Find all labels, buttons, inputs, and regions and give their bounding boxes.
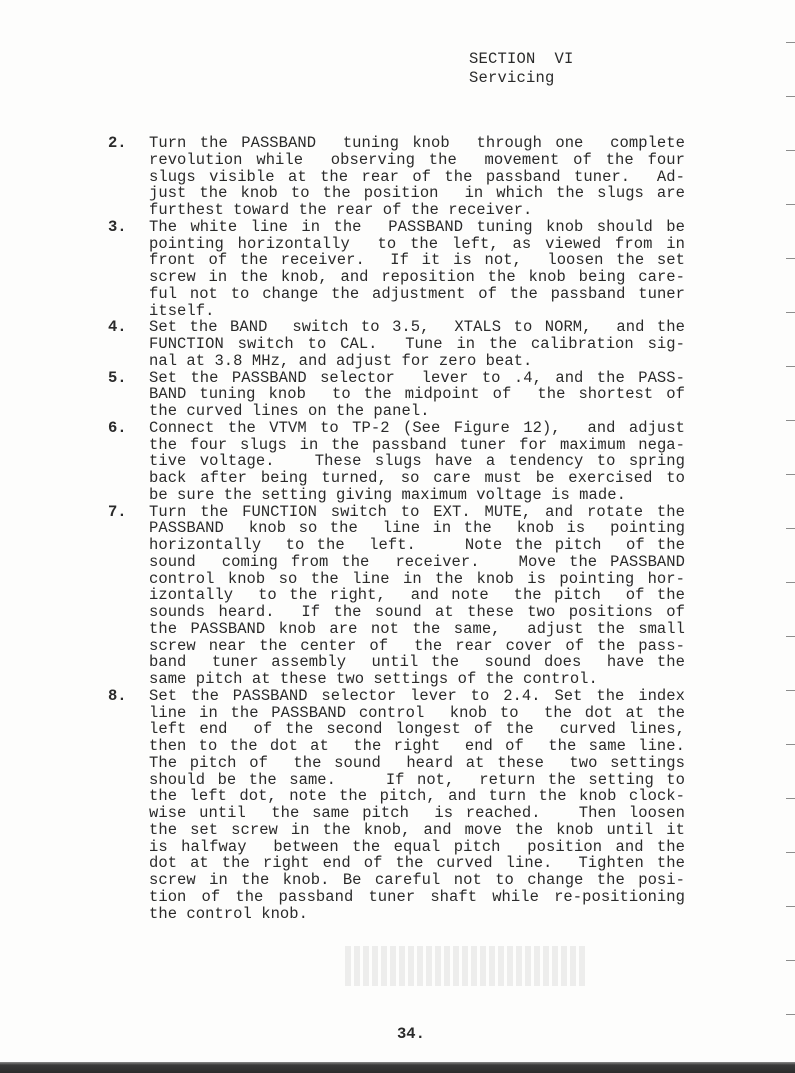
- text-line: be sure the setting giving maximum volta…: [149, 487, 685, 504]
- step-item: 4.Set the BAND switch to 3.5, XTALS to N…: [108, 319, 688, 369]
- section-label: SECTION VI: [469, 50, 574, 69]
- step-item: 2.Turn the PASSBAND tuning knob through …: [108, 135, 688, 219]
- text-line: Connect the VTVM to TP-2 (See Figure 12)…: [149, 420, 685, 437]
- text-line: Turn the PASSBAND tuning knob through on…: [149, 135, 685, 152]
- step-number: 5.: [108, 370, 138, 387]
- step-item: 5.Set the PASSBAND selector lever to .4,…: [108, 370, 688, 420]
- margin-tick: [786, 150, 795, 151]
- text-line: Set the BAND switch to 3.5, XTALS to NOR…: [149, 319, 685, 336]
- step-item: 8.Set the PASSBAND selector lever to 2.4…: [108, 688, 688, 923]
- text-line: The white line in the PASSBAND tuning kn…: [149, 219, 685, 236]
- text-line: screw near the center of the rear cover …: [149, 638, 685, 655]
- text-line: the PASSBAND knob are not the same, adju…: [149, 621, 685, 638]
- text-line: the control knob.: [149, 906, 685, 923]
- margin-tick: [786, 744, 795, 745]
- step-item: 3.The white line in the PASSBAND tuning …: [108, 219, 688, 320]
- margin-tick: [786, 798, 795, 799]
- margin-tick: [786, 366, 795, 367]
- text-line: the four slugs in the passband tuner for…: [149, 437, 685, 454]
- text-line: revolution while observing the movement …: [149, 152, 685, 169]
- text-line: The pitch of the sound heard at these tw…: [149, 755, 685, 772]
- text-line: wise until the same pitch is reached. Th…: [149, 805, 685, 822]
- step-text: Connect the VTVM to TP-2 (See Figure 12)…: [149, 420, 688, 504]
- step-item: 6.Connect the VTVM to TP-2 (See Figure 1…: [108, 420, 688, 504]
- document-page: SECTION VI Servicing 2.Turn the PASSBAND…: [0, 0, 795, 1073]
- text-line: sounds heard. If the sound at these two …: [149, 604, 685, 621]
- text-line: the curved lines on the panel.: [149, 403, 685, 420]
- text-line: then to the dot at the right end of the …: [149, 738, 685, 755]
- scan-bottom-edge: [0, 1062, 795, 1073]
- text-line: left end of the second longest of the cu…: [149, 721, 685, 738]
- step-number: 3.: [108, 219, 138, 236]
- text-line: izontally to the right, and note the pit…: [149, 587, 685, 604]
- text-line: is halfway between the equal pitch posit…: [149, 839, 685, 856]
- text-line: the left dot, note the pitch, and turn t…: [149, 788, 685, 805]
- margin-tick: [786, 636, 795, 637]
- text-line: horizontally to the left. Note the pitch…: [149, 537, 685, 554]
- margin-tick: [786, 960, 795, 961]
- section-title: Servicing: [469, 69, 574, 88]
- bleed-through-text: [345, 946, 585, 986]
- step-text: Set the PASSBAND selector lever to 2.4. …: [149, 688, 688, 923]
- margin-tick: [786, 258, 795, 259]
- margin-tick: [786, 690, 795, 691]
- margin-tick: [786, 528, 795, 529]
- margin-tick: [786, 906, 795, 907]
- step-text: Set the BAND switch to 3.5, XTALS to NOR…: [149, 319, 688, 369]
- text-line: band tuner assembly until the sound does…: [149, 654, 685, 671]
- servicing-steps-list: 2.Turn the PASSBAND tuning knob through …: [108, 135, 688, 922]
- text-line: furthest toward the rear of the receiver…: [149, 202, 685, 219]
- step-text: Turn the PASSBAND tuning knob through on…: [149, 135, 688, 219]
- step-number: 6.: [108, 420, 138, 437]
- text-line: control knob so the line in the knob is …: [149, 571, 685, 588]
- text-line: tive voltage. These slugs have a tendenc…: [149, 453, 685, 470]
- text-line: itself.: [149, 303, 685, 320]
- text-line: ful not to change the adjustment of the …: [149, 286, 685, 303]
- margin-tick: [786, 420, 795, 421]
- page-number: 34.: [397, 1025, 425, 1043]
- text-line: just the knob to the position in which t…: [149, 185, 685, 202]
- text-line: back after being turned, so care must be…: [149, 470, 685, 487]
- step-number: 4.: [108, 319, 138, 336]
- margin-tick: [786, 96, 795, 97]
- margin-tick: [786, 204, 795, 205]
- text-line: front of the receiver. If it is not, loo…: [149, 252, 685, 269]
- step-number: 8.: [108, 688, 138, 705]
- section-header: SECTION VI Servicing: [469, 50, 574, 88]
- text-line: Turn the FUNCTION switch to EXT. MUTE, a…: [149, 504, 685, 521]
- text-line: should be the same. If not, return the s…: [149, 772, 685, 789]
- text-line: tion of the passband tuner shaft while r…: [149, 889, 685, 906]
- text-line: Set the PASSBAND selector lever to 2.4. …: [149, 688, 685, 705]
- text-line: screw in the knob. Be careful not to cha…: [149, 872, 685, 889]
- text-line: sound coming from the receiver. Move the…: [149, 554, 685, 571]
- text-line: screw in the knob, and reposition the kn…: [149, 269, 685, 286]
- step-item: 7.Turn the FUNCTION switch to EXT. MUTE,…: [108, 504, 688, 688]
- step-text: The white line in the PASSBAND tuning kn…: [149, 219, 688, 320]
- step-text: Set the PASSBAND selector lever to .4, a…: [149, 370, 688, 420]
- text-line: BAND tuning knob to the midpoint of the …: [149, 386, 685, 403]
- text-line: FUNCTION switch to CAL. Tune in the cali…: [149, 336, 685, 353]
- margin-tick: [786, 582, 795, 583]
- step-text: Turn the FUNCTION switch to EXT. MUTE, a…: [149, 504, 688, 688]
- text-line: slugs visible at the rear of the passban…: [149, 169, 685, 186]
- step-number: 7.: [108, 504, 138, 521]
- text-line: PASSBAND knob so the line in the knob is…: [149, 520, 685, 537]
- margin-tick: [786, 474, 795, 475]
- margin-tick: [786, 852, 795, 853]
- text-line: nal at 3.8 MHz, and adjust for zero beat…: [149, 353, 685, 370]
- step-number: 2.: [108, 135, 138, 152]
- margin-tick: [786, 42, 795, 43]
- text-line: dot at the right end of the curved line.…: [149, 855, 685, 872]
- text-line: the set screw in the knob, and move the …: [149, 822, 685, 839]
- text-line: pointing horizontally to the left, as vi…: [149, 236, 685, 253]
- text-line: line in the PASSBAND control knob to the…: [149, 705, 685, 722]
- margin-tick: [786, 1014, 795, 1015]
- text-line: Set the PASSBAND selector lever to .4, a…: [149, 370, 685, 387]
- margin-tick: [786, 312, 795, 313]
- text-line: same pitch at these two settings of the …: [149, 671, 685, 688]
